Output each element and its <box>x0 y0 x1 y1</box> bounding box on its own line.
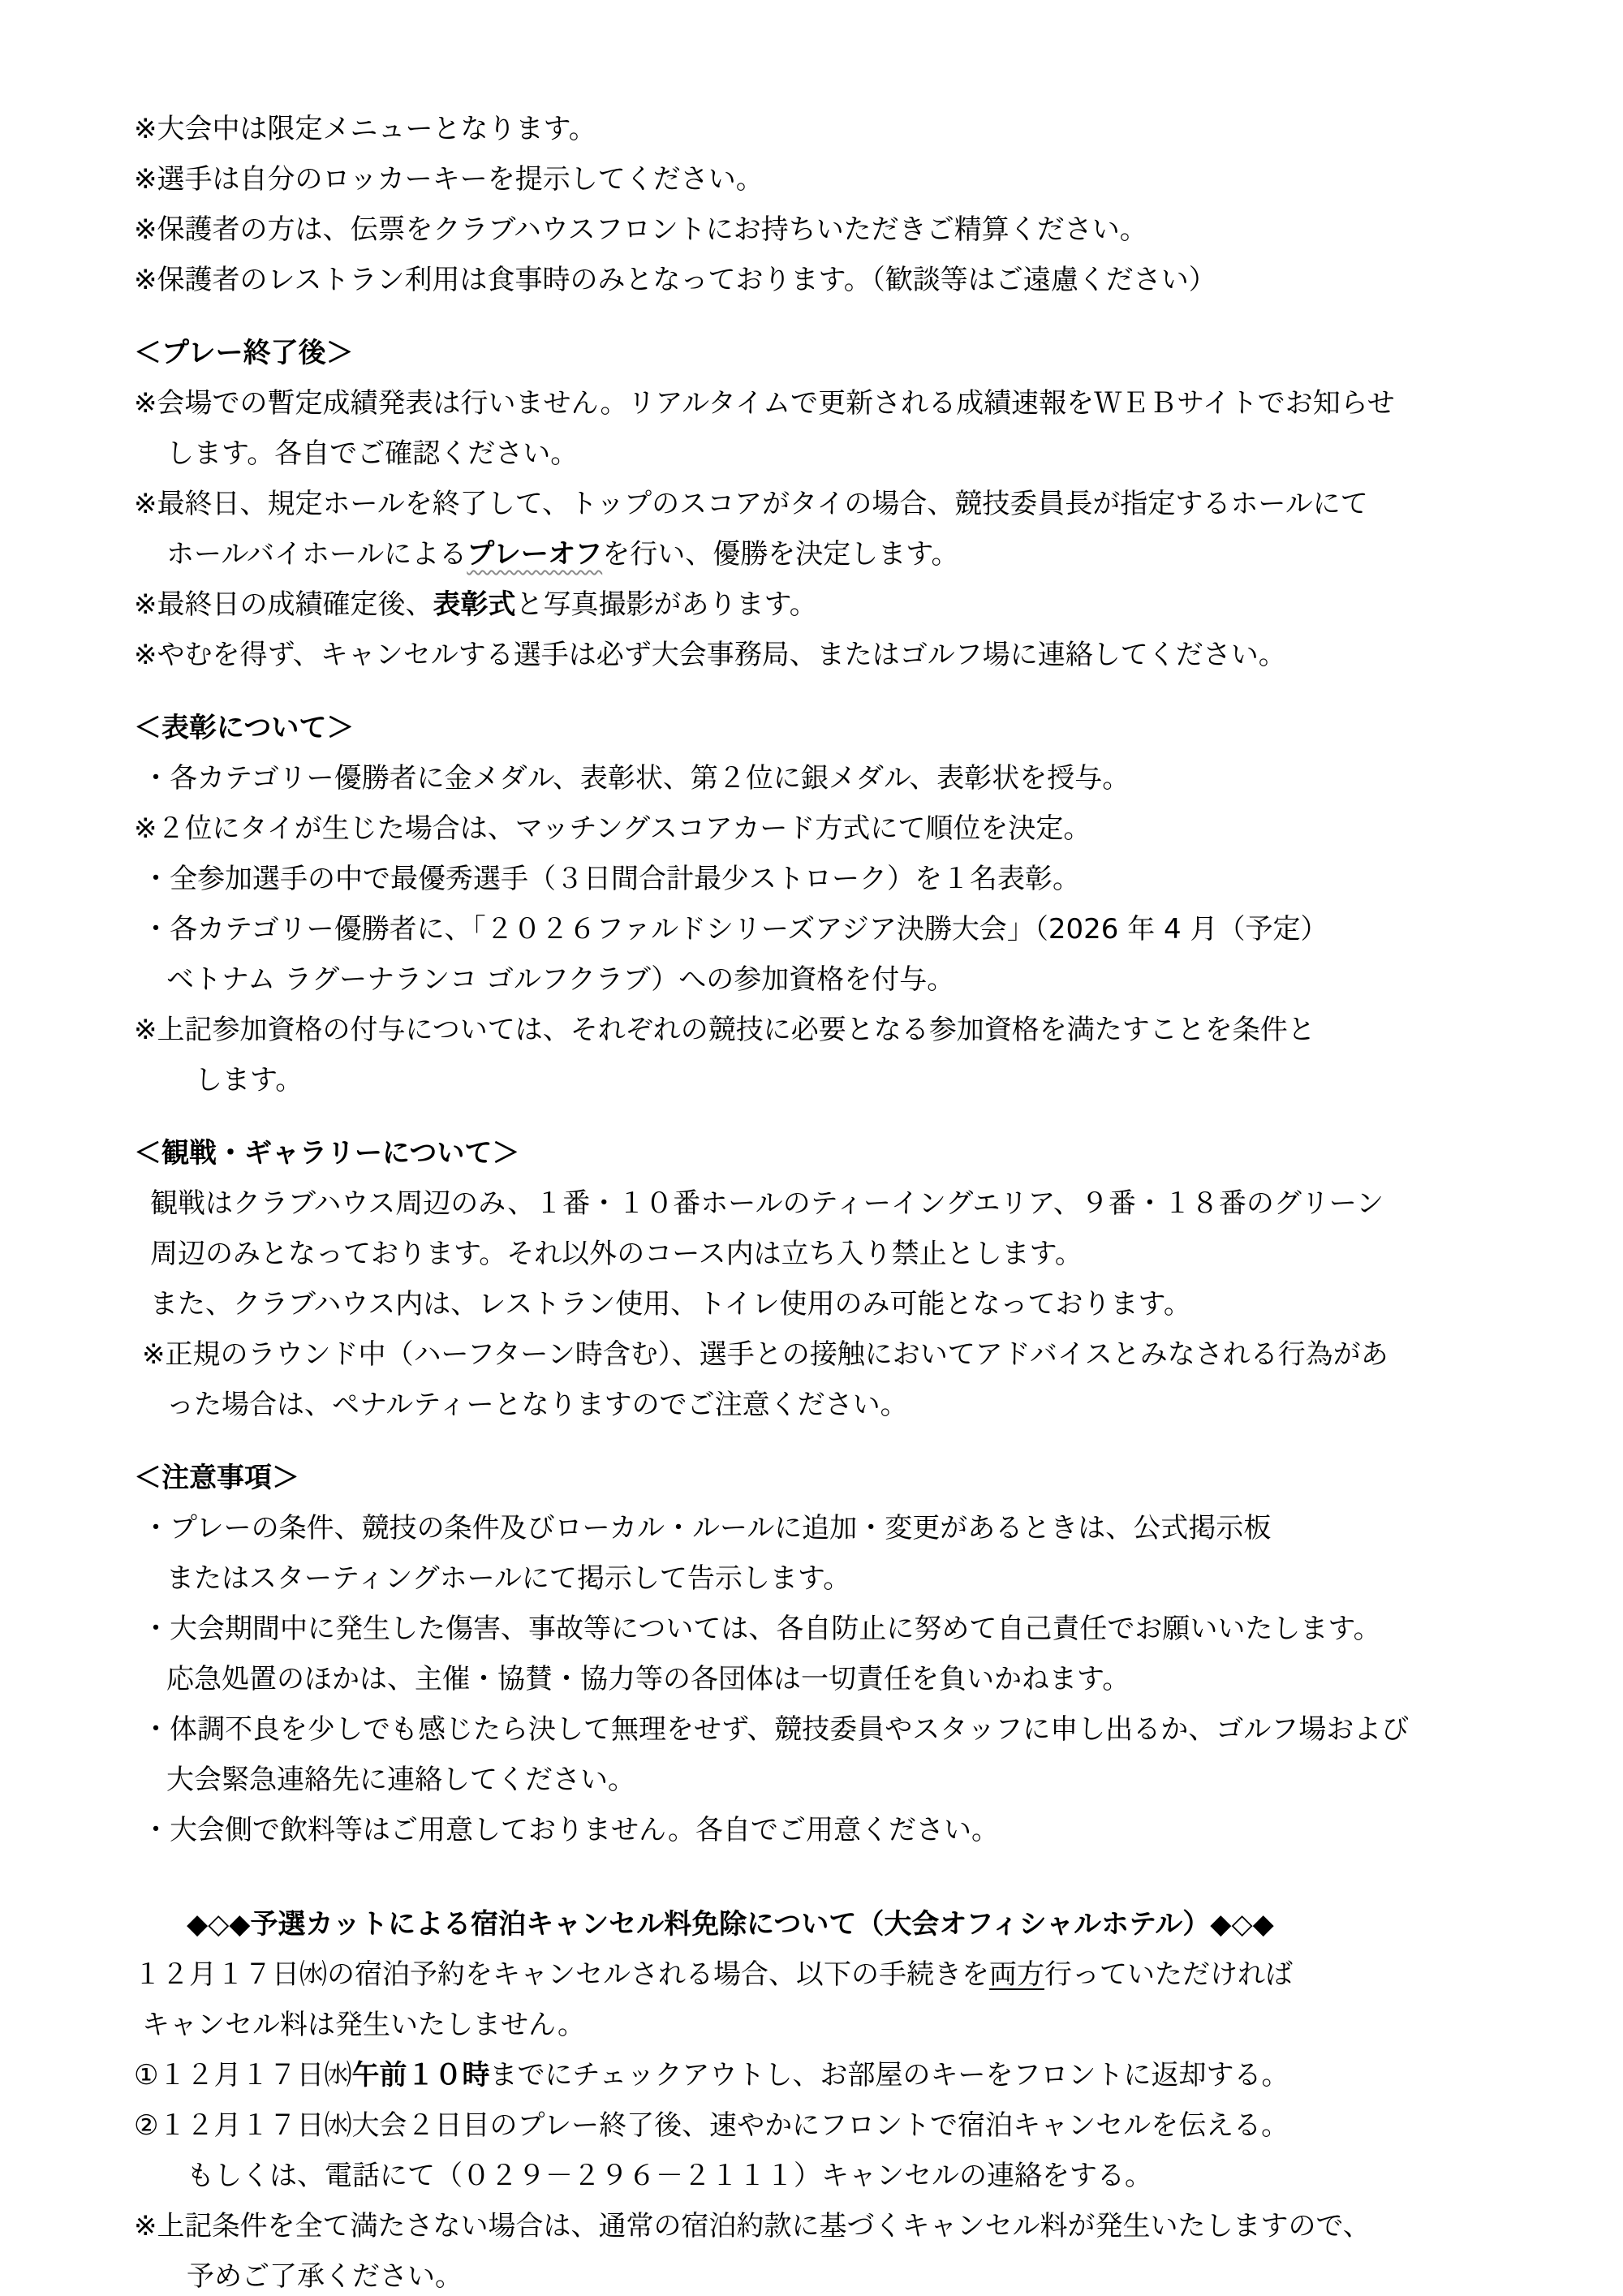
continuation-line: 応急処置のほかは、主催・協賛・協力等の各団体は一切責任を負いかねます。 <box>166 1654 1526 1704</box>
section-heading: ＜表彰について＞ <box>134 703 1526 753</box>
body-line: 観戦はクラブハウス周辺のみ、１番・１０番ホールのティーイングエリア、９番・１８番… <box>150 1178 1526 1229</box>
text-segment: 行っていただければ <box>1044 1958 1293 1991</box>
text-segment: ①１２月１７日㈬ <box>134 2059 351 2091</box>
awards-photo-line: ※最終日の成績確定後、表彰式と写真撮影があります。 <box>134 579 1526 630</box>
section-cautions: ＜注意事項＞ ・プレーの条件、競技の条件及びローカル・ルールに追加・変更があると… <box>134 1453 1526 1855</box>
continuation-line: 予めご了承ください。 <box>187 2251 1526 2296</box>
continuation-line: します。各自でご確認ください。 <box>166 429 1526 479</box>
emphasis-text: プレーオフ <box>467 538 602 571</box>
document-page: ※大会中は限定メニューとなります。 ※選手は自分のロッカーキーを提示してください… <box>0 0 1623 2296</box>
note-line: ※保護者のレストラン利用は食事時のみとなっております。（歓談等はご遠慮ください） <box>134 255 1526 305</box>
section-spectating: ＜観戦・ギャラリーについて＞ 観戦はクラブハウス周辺のみ、１番・１０番ホールのテ… <box>134 1128 1526 1430</box>
bullet-line: ・大会期間中に発生した傷害、事故等については、各自防止に努めて自己責任でお願いい… <box>142 1604 1526 1654</box>
text-segment: と写真撮影があります。 <box>516 588 817 621</box>
text-segment: までにチェックアウトし、お部屋のキーをフロントに返却する。 <box>489 2059 1289 2091</box>
continuation-line: ベトナム ラグーナランコ ゴルフクラブ）への参加資格を付与。 <box>166 954 1526 1005</box>
bullet-line: ・全参加選手の中で最優秀選手（３日間合計最少ストローク）を１名表彰。 <box>142 854 1526 904</box>
note-line: ※保護者の方は、伝票をクラブハウスフロントにお持ちいただきご精算ください。 <box>134 205 1526 255</box>
body-line: キャンセル料は発生いたしません。 <box>142 2000 1526 2050</box>
continuation-line: します。 <box>195 1055 1526 1105</box>
continuation-line: またはスターティングホールにて掲示して告示します。 <box>166 1553 1526 1604</box>
step-line: ②１２月１７日㈬大会２日目のプレー終了後、速やかにフロントで宿泊キャンセルを伝え… <box>134 2100 1526 2151</box>
bullet-line: ・プレーの条件、競技の条件及びローカル・ルールに追加・変更があるときは、公式掲示… <box>142 1503 1526 1553</box>
note-line: ※選手は自分のロッカーキーを提示してください。 <box>134 154 1526 205</box>
continuation-line: 大会緊急連絡先に連絡してください。 <box>166 1755 1526 1805</box>
step-line: ①１２月１７日㈬午前１０時までにチェックアウトし、お部屋のキーをフロントに返却す… <box>134 2050 1526 2100</box>
text-segment: ホールバイホールによる <box>166 538 467 571</box>
note-line: ※大会中は限定メニューとなります。 <box>134 104 1526 154</box>
bullet-line: ・体調不良を少しでも感じたら決して無理をせず、競技委員やスタッフに申し出るか、ゴ… <box>142 1704 1526 1755</box>
bullet-line: ・各カテゴリー優勝者に、「２０２６ファルドシリーズアジア決勝大会」（2026 年… <box>142 904 1526 954</box>
hotel-intro-line: １２月１７日㈬の宿泊予約をキャンセルされる場合、以下の手続きを両方行っていただけ… <box>134 1949 1526 2000</box>
body-line: 周辺のみとなっております。それ以外のコース内は立ち入り禁止とします。 <box>150 1229 1526 1279</box>
emphasis-text: 表彰式 <box>433 588 516 621</box>
section-heading: ＜観戦・ギャラリーについて＞ <box>134 1128 1526 1178</box>
note-line: ※上記参加資格の付与については、それぞれの競技に必要となる参加資格を満たすことを… <box>134 1005 1526 1055</box>
note-line: ※やむを得ず、キャンセルする選手は必ず大会事務局、またはゴルフ場に連絡してくださ… <box>134 630 1526 680</box>
section-heading: ＜プレー終了後＞ <box>134 328 1526 378</box>
continuation-line: った場合は、ペナルティーとなりますのでご注意ください。 <box>166 1380 1526 1430</box>
text-segment: を行い、優勝を決定します。 <box>602 538 958 571</box>
intro-notes: ※大会中は限定メニューとなります。 ※選手は自分のロッカーキーを提示してください… <box>134 104 1526 305</box>
bullet-line: ・各カテゴリー優勝者に金メダル、表彰状、第２位に銀メダル、表彰状を授与。 <box>142 753 1526 803</box>
emphasis-text: 午前１０時 <box>351 2059 489 2091</box>
playoff-line: ホールバイホールによるプレーオフを行い、優勝を決定します。 <box>166 529 1526 579</box>
note-line: ※上記条件を全て満たさない場合は、通常の宿泊約款に基づくキャンセル料が発生いたし… <box>134 2201 1526 2251</box>
section-heading: ◆◇◆予選カットによる宿泊キャンセル料免除について（大会オフィシャルホテル）◆◇… <box>187 1899 1526 1949</box>
note-line: ※２位にタイが生じた場合は、マッチングスコアカード方式にて順位を決定。 <box>134 803 1526 854</box>
note-line: ※正規のラウンド中（ハーフターン時含む）、選手との接触においてアドバイスとみなさ… <box>142 1329 1526 1380</box>
section-heading: ＜注意事項＞ <box>134 1453 1526 1503</box>
note-line: ※最終日、規定ホールを終了して、トップのスコアがタイの場合、競技委員長が指定する… <box>134 479 1526 529</box>
continuation-line: もしくは、電話にて（０２９－２９６－２１１１）キャンセルの連絡をする。 <box>187 2151 1526 2201</box>
section-after-play: ＜プレー終了後＞ ※会場での暫定成績発表は行いません。リアルタイムで更新される成… <box>134 328 1526 680</box>
text-segment: １２月１７日㈬の宿泊予約をキャンセルされる場合、以下の手続きを <box>134 1958 989 1991</box>
body-line: また、クラブハウス内は、レストラン使用、トイレ使用のみ可能となっております。 <box>150 1279 1526 1329</box>
note-line: ※会場での暫定成績発表は行いません。リアルタイムで更新される成績速報をＷＥＢサイ… <box>134 378 1526 429</box>
bullet-line: ・大会側で飲料等はご用意しておりません。各自でご用意ください。 <box>142 1805 1526 1855</box>
underlined-text: 両方 <box>989 1958 1044 1991</box>
section-hotel-cancellation: ◆◇◆予選カットによる宿泊キャンセル料免除について（大会オフィシャルホテル）◆◇… <box>134 1899 1526 2296</box>
text-segment: ※最終日の成績確定後、 <box>134 588 433 621</box>
section-awards: ＜表彰について＞ ・各カテゴリー優勝者に金メダル、表彰状、第２位に銀メダル、表彰… <box>134 703 1526 1105</box>
